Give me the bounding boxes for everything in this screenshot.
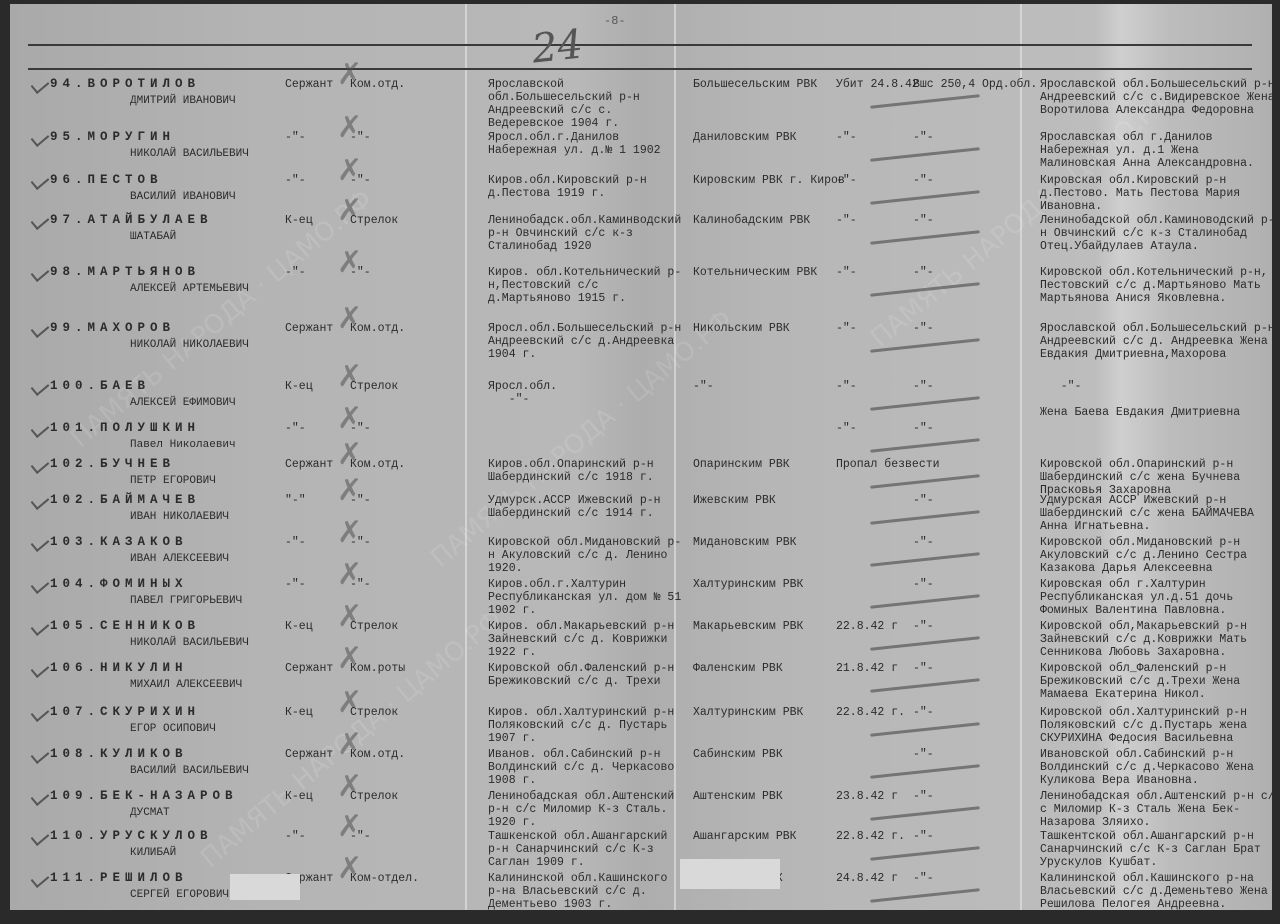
next-of-kin: Ярославской обл.Большесельский р-н Андре… [1040,78,1275,117]
birthplace: Киров.обл.Опаринский р-н Шабердинский с/… [488,458,688,484]
checkmark-icon [31,456,50,474]
draft-office: Сабинским РВК [693,748,783,761]
position: -"- [350,578,371,591]
pencil-stroke [870,282,980,296]
given-name: ПЕТР ЕГОРОВИЧ [130,475,216,488]
checkmark-icon [31,129,50,147]
given-name: МИХАИЛ АЛЕКСЕЕВИЧ [130,679,242,692]
checkmark-icon [31,378,50,396]
position: -"- [350,174,371,187]
rank: -"- [285,131,306,144]
birthplace: Ташкенской обл.Ашангарский р-н Санарчинс… [488,830,688,869]
archival-document-page: ПАМЯТЬ НАРОДА · ЦАМО.РФ ПАМЯТЬ НАРОДА · … [10,4,1272,910]
rank: -"- [285,266,306,279]
draft-office: Кировским РВК г. Киров [693,174,845,187]
pencil-stroke [870,636,980,650]
given-name: НИКОЛАЙ НИКОЛАЕВИЧ [130,339,249,352]
checkmark-icon [31,264,50,282]
burial-place: -"- [913,266,934,279]
sheet-marker: -8- [604,14,626,28]
casualty-date: -"- [836,380,857,393]
entry-number-surname: 109.БЕК-НАЗАРОВ [50,790,238,803]
checkmark-icon [31,828,50,846]
birthplace: Удмурск.АССР Ижевский р-н Шабердинский с… [488,494,688,520]
birthplace: Яросл.обл.Большесельский р-н Андреевский… [488,322,688,361]
rank: -"- [285,830,306,843]
given-name: ДУСМАТ [130,807,170,820]
pencil-stroke [870,190,980,204]
pencil-stroke [870,552,980,566]
position: -"- [350,266,371,279]
position: Стрелок [350,214,398,227]
draft-office: Макарьевским РВК [693,620,803,633]
fold-line [1020,4,1022,910]
given-name: ШАТАБАЙ [130,231,176,244]
rank: К-ец [285,620,313,633]
pencil-stroke [870,678,980,692]
casualty-date: -"- [836,322,857,335]
position: Ком.отд. [350,78,405,91]
checkmark-icon [31,704,50,722]
given-name: СЕРГЕЙ ЕГОРОВИЧ. [130,889,236,902]
next-of-kin: Кировской обл.Халтуринский р-н Поляковск… [1040,706,1275,745]
tape-patch [680,859,780,889]
pencil-stroke [870,594,980,608]
casualty-date: 21.8.42 г [836,662,898,675]
position: -"- [350,131,371,144]
rank: Сержант [285,78,333,91]
entry-number-surname: 99.МАХОРОВ [50,322,175,335]
draft-office: Большесельским РВК [693,78,817,91]
given-name: ВАСИЛИЙ ВАСИЛЬЕВИЧ [130,765,249,778]
entry-number-surname: 104.ФОМИНЫХ [50,578,188,591]
next-of-kin: Кировской обл,Макарьевский р-н Зайневски… [1040,620,1275,659]
checkmark-icon [31,420,50,438]
rank: К-ец [285,380,313,393]
entry-number-surname: 102.БУЧНЕВ [50,458,175,471]
checkmark-icon [31,870,50,888]
checkmark-icon [31,788,50,806]
draft-office: -"- [693,380,714,393]
entry-number-surname: 107.СКУРИХИН [50,706,200,719]
birthplace: Киров. обл.Макарьевский р-н Зайневский с… [488,620,688,659]
burial-place: -"- [913,620,934,633]
position: -"- [350,536,371,549]
pencil-stroke [870,147,980,161]
casualty-date: 22.8.42 г. [836,706,905,719]
entry-number-surname: 100.БАЕВ [50,380,150,393]
next-of-kin: Кировской обл.Мидановский р-н Акуловский… [1040,536,1275,575]
position: Ком.роты [350,662,405,675]
burial-place: -"- [913,214,934,227]
handwritten-page-number: 24 [530,21,585,72]
birthplace: Ленинобадская обл.Аштенский р-н с/с Мило… [488,790,688,829]
rank: Сержант [285,458,333,471]
position: Ком-отдел. [350,872,419,885]
rank: Сержант [285,748,333,761]
entry-number-surname: 105.СЕННИКОВ [50,620,200,633]
given-name: КИЛИБАЙ [130,847,176,860]
next-of-kin: Кировская обл.Кировский р-н д.Пестово. М… [1040,174,1275,213]
pencil-stroke [870,438,980,452]
draft-office: Никольским РВК [693,322,790,335]
position: -"- [350,830,371,843]
burial-place: -"- [913,422,934,435]
position: Стрелок [350,620,398,633]
header-rule [28,44,1252,46]
checkmark-icon [31,320,50,338]
draft-office: Калинобадским РВК [693,214,810,227]
birthplace: Ярославской обл.Большесельский р-н Андре… [488,78,688,130]
burial-place: Вшс 250,4 Орд.обл. [913,78,1037,91]
birthplace: Киров.обл.г.Халтурин Республиканская ул.… [488,578,688,617]
casualty-date: Убит 24.8.42 [836,78,919,91]
position: Ком.отд. [350,458,405,471]
casualty-date: 22.8.42 г. [836,830,905,843]
position: -"- [350,422,371,435]
casualty-date: Пропал безвести [836,458,940,471]
birthplace: Киров. обл.Котельнический р-н,Пестовский… [488,266,688,305]
checkmark-icon [31,172,50,190]
header-rule [28,68,1252,70]
burial-place: -"- [913,706,934,719]
pencil-stroke [870,806,980,820]
entry-number-surname: 106.НИКУЛИН [50,662,188,675]
casualty-date: 22.8.42 г [836,620,898,633]
entry-number-surname: 97.АТАЙБУЛАЕВ [50,214,213,227]
checkmark-icon [31,746,50,764]
position: Стрелок [350,706,398,719]
draft-office: Даниловским РВК [693,131,797,144]
entry-number-surname: 98.МАРТЬЯНОВ [50,266,200,279]
rank: -"- [285,422,306,435]
rank: "-" [285,494,306,507]
entry-number-surname: 103.КАЗАКОВ [50,536,188,549]
rank: К-ец [285,214,313,227]
rank: К-ец [285,706,313,719]
rank: Сержант [285,662,333,675]
burial-place: -"- [913,322,934,335]
casualty-date: -"- [836,266,857,279]
given-name: ВАСИЛИЙ ИВАНОВИЧ [130,191,236,204]
pencil-stroke [870,888,980,902]
next-of-kin: Ярославской обл.Большесельский р-н Андре… [1040,322,1275,361]
burial-place: -"- [913,662,934,675]
given-name: Павел Николаевич [130,439,236,452]
casualty-date: 23.8.42 г [836,790,898,803]
burial-place: -"- [913,830,934,843]
casualty-date: 24.8.42 г [836,872,898,885]
casualty-date: -"- [836,422,857,435]
rank: -"- [285,536,306,549]
next-of-kin: Калининской обл.Кашинского р-на Власьевс… [1040,872,1275,911]
pencil-stroke [870,722,980,736]
burial-place: -"- [913,748,934,761]
next-of-kin: Кировской обл.Опаринский р-н Шабердински… [1040,458,1275,497]
draft-office: Ашангарским РВК [693,830,797,843]
draft-office: Мидановским РВК [693,536,797,549]
position: -"- [350,494,371,507]
birthplace: Киров. обл.Халтуринский р-н Поляковский … [488,706,688,745]
position: Ком.отд. [350,748,405,761]
given-name: ДМИТРИЙ ИВАНОВИЧ [130,95,236,108]
entry-number-surname: 95.МОРУГИН [50,131,175,144]
casualty-date: -"- [836,174,857,187]
checkmark-icon [31,534,50,552]
given-name: ПАВЕЛ ГРИГОРЬЕВИЧ [130,595,242,608]
draft-office: Котельническим РВК [693,266,817,279]
pencil-stroke [870,94,980,108]
draft-office: Халтуринским РВК [693,578,803,591]
burial-place: -"- [913,494,934,507]
entry-number-surname: 94.ВОРОТИЛОВ [50,78,200,91]
pencil-stroke [870,396,980,410]
birthplace: Кировской обл.Мидановский р-н Акуловский… [488,536,688,575]
tape-patch [230,874,300,900]
draft-office: Ижевским РВК [693,494,776,507]
rank: -"- [285,174,306,187]
rank: К-ец [285,790,313,803]
rank: -"- [285,578,306,591]
pencil-stroke [870,338,980,352]
entry-number-surname: 101.ПОЛУШКИН [50,422,200,435]
next-of-kin: Ташкентской обл.Ашангарский р-н Санарчин… [1040,830,1275,869]
next-of-kin: Ленинобадская обл.Аштенский р-н с/с Мило… [1040,790,1275,829]
burial-place: -"- [913,380,934,393]
casualty-date: -"- [836,214,857,227]
position: Стрелок [350,790,398,803]
given-name: ИВАН НИКОЛАЕВИЧ [130,511,229,524]
checkmark-icon [31,212,50,230]
fold-line [465,4,467,910]
birthplace: Киров.обл.Кировский р-н д.Пестова 1919 г… [488,174,688,200]
checkmark-icon [31,660,50,678]
entry-number-surname: 108.КУЛИКОВ [50,748,188,761]
checkmark-icon [31,492,50,510]
given-name: ЕГОР ОСИПОВИЧ [130,723,216,736]
birthplace: Кировской обл.Фаленский р-н Брежиковский… [488,662,688,688]
next-of-kin: Кировской обл.Котельнический р-н, Пестов… [1040,266,1275,305]
birthplace: Яросл.обл.г.Данилов Набережная ул. д.№ 1… [488,131,688,157]
draft-office: Фаленским РВК [693,662,783,675]
draft-office: Опаринским РВК [693,458,790,471]
position: Стрелок [350,380,398,393]
given-name: НИКОЛАЙ ВАСИЛЬЕВИЧ [130,637,249,650]
casualty-date: -"- [836,131,857,144]
next-of-kin: -"- Жена Баева Евдакия Дмитриевна [1040,380,1275,419]
entry-number-surname: 110.УРУСКУЛОВ [50,830,213,843]
pencil-stroke [870,510,980,524]
burial-place: -"- [913,872,934,885]
birthplace: Ленинобадск.обл.Каминводский р-н Овчинск… [488,214,688,253]
given-name: АЛЕКСЕЙ ЕФИМОВИЧ [130,397,236,410]
given-name: НИКОЛАЙ ВАСИЛЬЕВИЧ [130,148,249,161]
pencil-stroke [870,764,980,778]
draft-office: Халтуринским РВК [693,706,803,719]
given-name: АЛЕКСЕЙ АРТЕМЬЕВИЧ [130,283,249,296]
burial-place: -"- [913,174,934,187]
burial-place: -"- [913,131,934,144]
burial-place: -"- [913,536,934,549]
entry-number-surname: 96.ПЕСТОВ [50,174,163,187]
next-of-kin: Кировской обл_Фаленский р-н Брежиковский… [1040,662,1275,701]
checkmark-icon [31,76,50,94]
burial-place: -"- [913,790,934,803]
checkmark-icon [31,576,50,594]
birthplace: Иванов. обл.Сабинский р-н Волдинский с/с… [488,748,688,787]
next-of-kin: Ивановской обл.Сабинский р-н Волдинский … [1040,748,1275,787]
birthplace: Яросл.обл. -"- [488,380,688,406]
next-of-kin: Ярославская обл г.Данилов Набережная ул.… [1040,131,1275,170]
given-name: ИВАН АЛЕКСЕЕВИЧ [130,553,229,566]
next-of-kin: Ленинобадской обл.Каминоводский р-н Овчи… [1040,214,1275,253]
position: Ком.отд. [350,322,405,335]
pencil-stroke [870,230,980,244]
pencil-stroke [870,474,980,488]
next-of-kin: Удмурская АССР Ижевский р-н Шабердинский… [1040,494,1275,533]
pencil-stroke [870,846,980,860]
entry-number-surname: 111.РЕШИЛОВ [50,872,188,885]
rank: Сержант [285,322,333,335]
birthplace: Калининской обл.Кашинского р-на Власьевс… [488,872,688,911]
burial-place: -"- [913,578,934,591]
entry-number-surname: 102.БАЙМАЧЕВ [50,494,200,507]
draft-office: Аштенским РВК [693,790,783,803]
next-of-kin: Кировская обл г.Халтурин Республиканская… [1040,578,1275,617]
checkmark-icon [31,618,50,636]
